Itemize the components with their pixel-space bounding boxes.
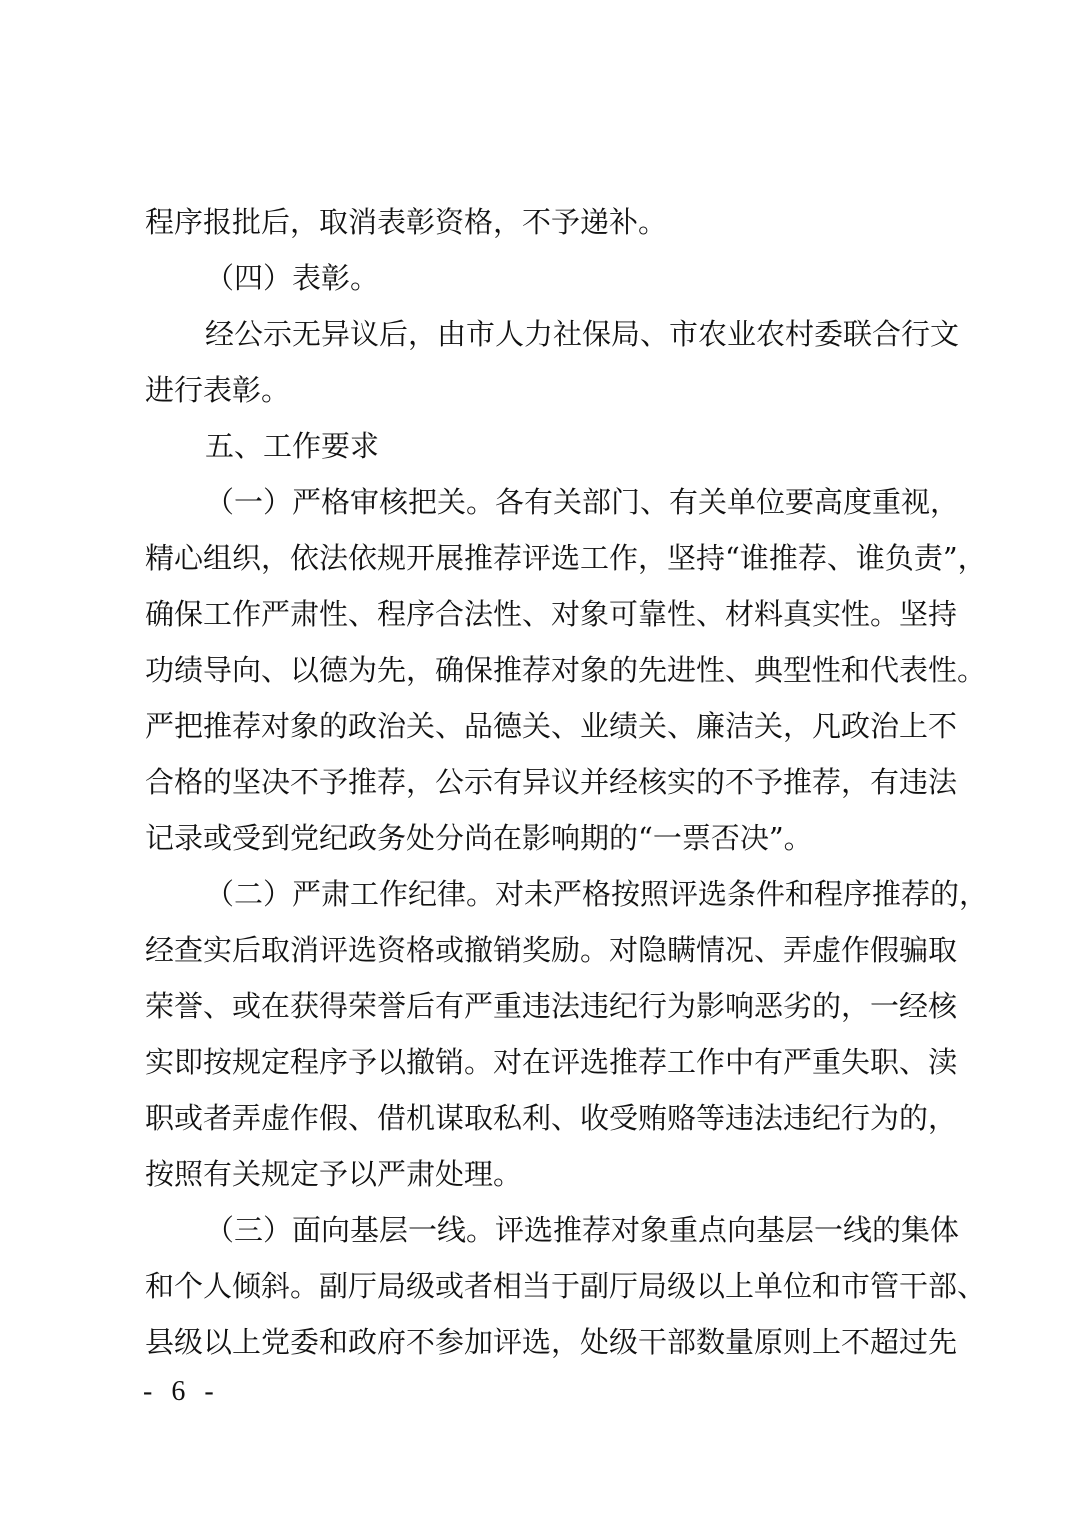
paragraph-body: 程序报批后，取消表彰资格，不予递补。 — [145, 200, 943, 256]
text-line: 确保工作严肃性、程序合法性、对象可靠性、材料真实性。坚持 — [145, 592, 943, 648]
paragraph-body: （三）面向基层一线。评选推荐对象重点向基层一线的集体和个人倾斜。副厅局级或者相当… — [145, 1208, 943, 1376]
paragraph-body: （二）严肃工作纪律。对未严格按照评选条件和程序推荐的，经查实后取消评选资格或撤销… — [145, 872, 943, 1208]
text-line: 荣誉、或在获得荣誉后有严重违法违纪行为影响恶劣的，一经核 — [145, 984, 943, 1040]
paragraph-body: （一）严格审核把关。各有关部门、有关单位要高度重视，精心组织，依法依规开展推荐评… — [145, 480, 943, 872]
text-line: 五、工作要求 — [145, 424, 943, 480]
text-line: 严把推荐对象的政治关、品德关、业绩关、廉洁关，凡政治上不 — [145, 704, 943, 760]
text-line: 职或者弄虚作假、借机谋取私利、收受贿赂等违法违纪行为的， — [145, 1096, 943, 1152]
page-number: - 6 - — [143, 1374, 220, 1410]
paragraph-subheading: （四）表彰。 — [145, 256, 943, 312]
text-line: 精心组织，依法依规开展推荐评选工作，坚持“谁推荐、谁负责”， — [145, 536, 943, 592]
text-line: （三）面向基层一线。评选推荐对象重点向基层一线的集体 — [145, 1208, 943, 1264]
text-line: （二）严肃工作纪律。对未严格按照评选条件和程序推荐的， — [145, 872, 943, 928]
text-line: 功绩导向、以德为先，确保推荐对象的先进性、典型性和代表性。 — [145, 648, 943, 704]
text-line: 合格的坚决不予推荐，公示有异议并经核实的不予推荐，有违法 — [145, 760, 943, 816]
text-line: 按照有关规定予以严肃处理。 — [145, 1152, 943, 1208]
text-line: （一）严格审核把关。各有关部门、有关单位要高度重视， — [145, 480, 943, 536]
text-line: （四）表彰。 — [145, 256, 943, 312]
text-line: 经公示无异议后，由市人力社保局、市农业农村委联合行文 — [145, 312, 943, 368]
paragraph-body: 经公示无异议后，由市人力社保局、市农业农村委联合行文进行表彰。 — [145, 312, 943, 424]
paragraph-section-heading: 五、工作要求 — [145, 424, 943, 480]
text-line: 和个人倾斜。副厅局级或者相当于副厅局级以上单位和市管干部、 — [145, 1264, 943, 1320]
text-line: 经查实后取消评选资格或撤销奖励。对隐瞒情况、弄虚作假骗取 — [145, 928, 943, 984]
text-line: 县级以上党委和政府不参加评选，处级干部数量原则上不超过先 — [145, 1320, 943, 1376]
text-line: 记录或受到党纪政务处分尚在影响期的“一票否决”。 — [145, 816, 943, 872]
document-page: 程序报批后，取消表彰资格，不予递补。（四）表彰。经公示无异议后，由市人力社保局、… — [0, 0, 1074, 1520]
text-line: 进行表彰。 — [145, 368, 943, 424]
text-line: 程序报批后，取消表彰资格，不予递补。 — [145, 200, 943, 256]
text-line: 实即按规定程序予以撤销。对在评选推荐工作中有严重失职、渎 — [145, 1040, 943, 1096]
document-body: 程序报批后，取消表彰资格，不予递补。（四）表彰。经公示无异议后，由市人力社保局、… — [145, 200, 943, 1376]
